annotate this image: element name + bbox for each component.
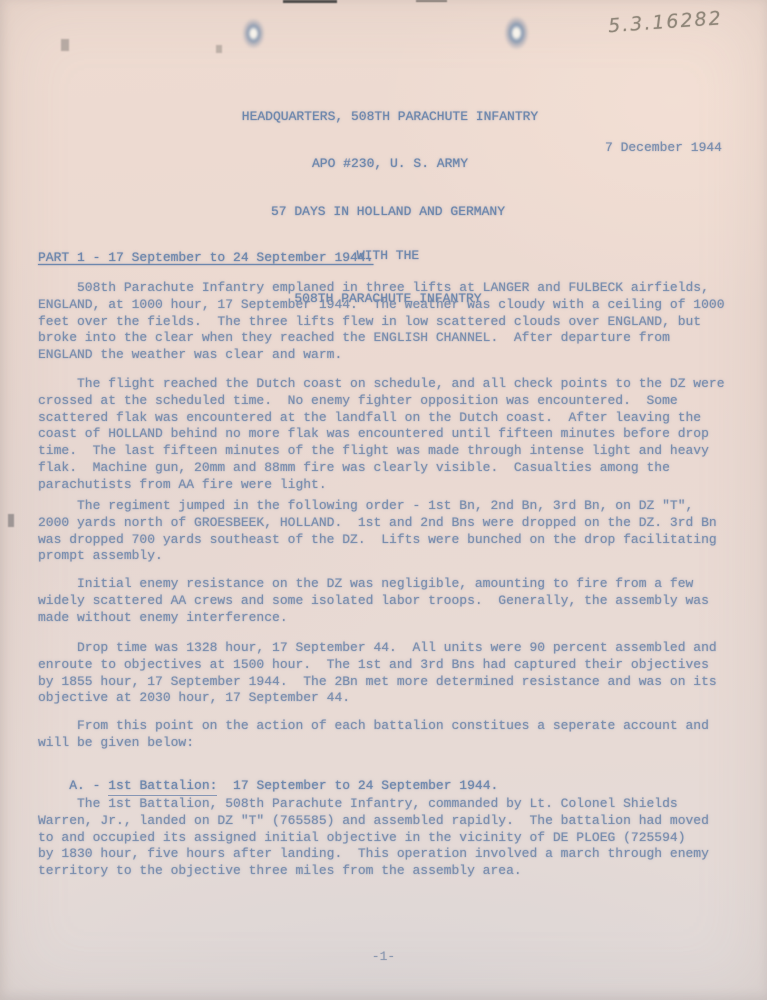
letterhead-line2: APO #230, U. S. ARMY xyxy=(242,156,538,172)
fastener-hole-right xyxy=(504,16,529,50)
handwritten-archive-number: 5.3.16282 xyxy=(607,5,758,37)
section-a-prefix: A. - xyxy=(69,778,108,793)
title-line1: 57 DAYS IN HOLLAND AND GERMANY xyxy=(271,205,505,220)
part-1-heading: PART 1 - 17 September to 24 September 19… xyxy=(38,250,373,265)
paper-speck xyxy=(216,45,222,53)
section-a-underlined-title: 1st Battalion: xyxy=(108,778,217,796)
paragraph-battalion-accounts: From this point on the action of each ba… xyxy=(38,718,709,752)
paragraph-drop-time: Drop time was 1328 hour, 17 September 44… xyxy=(38,640,717,707)
scan-artifact-streak xyxy=(416,0,447,2)
paragraph-flight-flak: The flight reached the Dutch coast on sc… xyxy=(38,376,725,494)
scanned-document-page: 5.3.16282 HEADQUARTERS, 508TH PARACHUTE … xyxy=(0,0,767,1000)
margin-mark xyxy=(8,514,14,527)
page-number: -1- xyxy=(0,949,767,964)
fastener-hole-left xyxy=(242,18,265,49)
paragraph-1st-battalion: The 1st Battalion, 508th Parachute Infan… xyxy=(38,796,709,880)
section-a-suffix: 17 September to 24 September 1944. xyxy=(217,778,498,793)
paragraph-flight-lifts: 508th Parachute Infantry emplaned in thr… xyxy=(38,280,725,364)
paper-speck xyxy=(61,39,69,51)
paragraph-initial-resistance: Initial enemy resistance on the DZ was n… xyxy=(38,576,709,626)
document-date: 7 December 1944 xyxy=(605,140,722,155)
scan-artifact-streak xyxy=(283,0,337,3)
letterhead-line1: HEADQUARTERS, 508TH PARACHUTE INFANTRY xyxy=(242,109,538,125)
paragraph-jump-order: The regiment jumped in the following ord… xyxy=(38,498,717,565)
